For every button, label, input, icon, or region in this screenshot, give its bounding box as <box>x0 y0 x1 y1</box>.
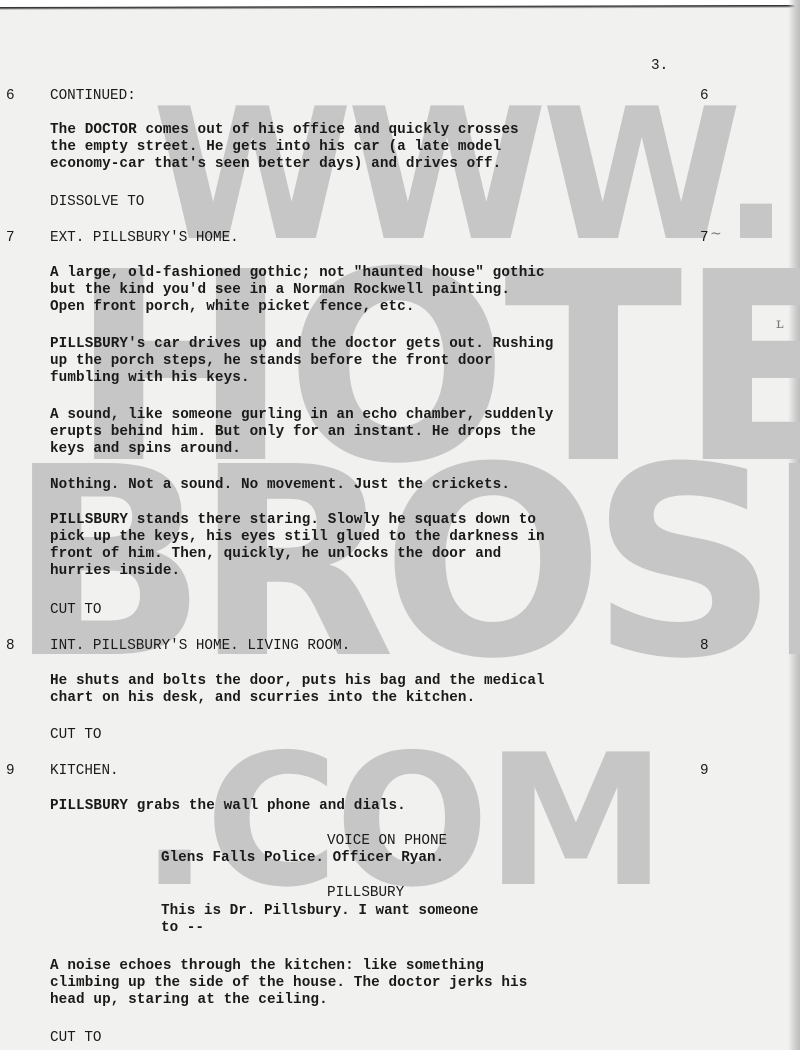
dialogue: This is Dr. Pillsbury. I want someone to… <box>161 903 478 937</box>
transition: CUT TO <box>50 1030 101 1046</box>
dialogue: Glens Falls Police. Officer Ryan. <box>161 850 444 867</box>
transition: CUT TO <box>50 727 101 743</box>
action-paragraph: PILLSBURY's car drives up and the doctor… <box>50 336 553 387</box>
action-paragraph: He shuts and bolts the door, puts his ba… <box>50 673 545 707</box>
action-paragraph: The DOCTOR comes out of his office and q… <box>50 122 519 173</box>
transition: DISSOLVE TO <box>50 194 144 210</box>
scene-number-right: 7 <box>700 230 709 246</box>
scene-heading: KITCHEN. <box>50 763 119 779</box>
action-paragraph: A noise echoes through the kitchen: like… <box>50 958 527 1009</box>
scene-number-left: 7 <box>6 230 15 246</box>
scene-number-right: 9 <box>700 763 709 779</box>
action-paragraph: PILLSBURY grabs the wall phone and dials… <box>50 798 406 815</box>
action-paragraph: A sound, like someone gurling in an echo… <box>50 407 553 458</box>
action-paragraph: A large, old-fashioned gothic; not "haun… <box>50 265 545 316</box>
pencil-mark: ~ <box>710 226 722 242</box>
scene-heading: CONTINUED: <box>50 88 136 104</box>
scene-number-left: 6 <box>6 88 15 104</box>
character-cue: VOICE ON PHONE <box>327 833 447 849</box>
action-paragraph: Nothing. Not a sound. No movement. Just … <box>50 477 510 494</box>
page-number: 3. <box>651 58 668 74</box>
scene-heading: INT. PILLSBURY'S HOME. LIVING ROOM. <box>50 638 350 654</box>
scene-heading: EXT. PILLSBURY'S HOME. <box>50 230 239 246</box>
scene-number-right: 6 <box>700 88 709 104</box>
script-page: 3. 6 CONTINUED: 6 The DOCTOR comes out o… <box>0 0 800 1050</box>
character-cue: PILLSBURY <box>327 885 404 901</box>
pencil-mark: ʟ <box>776 316 784 332</box>
transition: CUT TO <box>50 602 101 618</box>
action-paragraph: PILLSBURY stands there staring. Slowly h… <box>50 512 545 580</box>
scene-number-right: 8 <box>700 638 709 654</box>
scene-number-left: 8 <box>6 638 15 654</box>
scene-number-left: 9 <box>6 763 15 779</box>
